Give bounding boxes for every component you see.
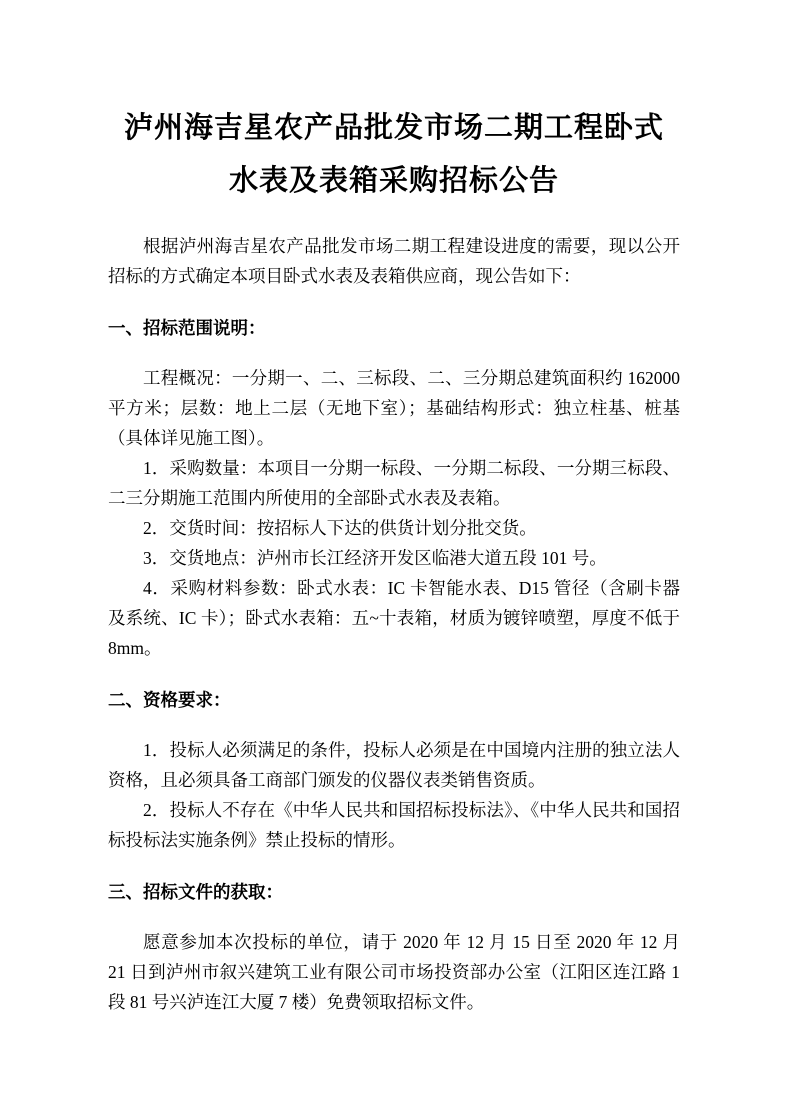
section-2-item-1-qualification: 1．投标人必须满足的条件，投标人必须是在中国境内注册的独立法人资格，且必须具备工… (108, 735, 680, 795)
section-3-heading: 三、招标文件的获取： (108, 877, 680, 907)
section-1-item-2-delivery-time: 2．交货时间：按招标人下达的供货计划分批交货。 (108, 513, 680, 543)
document-title-line1: 泸州海吉星农产品批发市场二期工程卧式 (108, 102, 680, 155)
section-3-paragraph-obtain-documents: 愿意参加本次投标的单位，请于 2020 年 12 月 15 日至 2020 年 … (108, 927, 680, 1017)
section-1-heading: 一、招标范围说明： (108, 313, 680, 343)
intro-paragraph: 根据泸州海吉星农产品批发市场二期工程建设进度的需要，现以公开招标的方式确定本项目… (108, 231, 680, 291)
document-title: 泸州海吉星农产品批发市场二期工程卧式 水表及表箱采购招标公告 (108, 102, 680, 208)
document-title-line2: 水表及表箱采购招标公告 (108, 155, 680, 208)
section-2-heading: 二、资格要求： (108, 685, 680, 715)
section-2-item-2-legal: 2．投标人不存在《中华人民共和国招标投标法》、《中华人民共和国招标投标法实施条例… (108, 795, 680, 855)
document-page: 泸州海吉星农产品批发市场二期工程卧式 水表及表箱采购招标公告 根据泸州海吉星农产… (0, 0, 794, 1108)
section-1-item-3-delivery-place: 3．交货地点：泸州市长江经济开发区临港大道五段 101 号。 (108, 543, 680, 573)
section-1-item-4-material-specs: 4．采购材料参数：卧式水表：IC 卡智能水表、D15 管径（含刷卡器及系统、IC… (108, 573, 680, 663)
section-1-paragraph-overview: 工程概况：一分期一、二、三标段、二、三分期总建筑面积约 162000 平方米；层… (108, 363, 680, 453)
section-1-item-1-quantity: 1．采购数量：本项目一分期一标段、一分期二标段、一分期三标段、二三分期施工范围内… (108, 453, 680, 513)
